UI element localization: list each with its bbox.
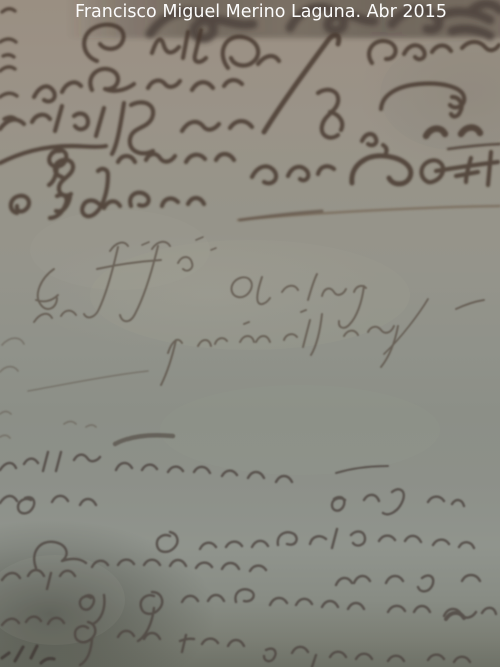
paper-blotches [0,40,500,645]
handwriting-artwork [0,0,500,667]
bottom-handwriting [0,452,496,667]
manuscript-photo: Francisco Miguel Merino Laguna. Abr 2015 [0,0,500,667]
photo-credit-caption: Francisco Miguel Merino Laguna. Abr 2015 [11,1,500,24]
